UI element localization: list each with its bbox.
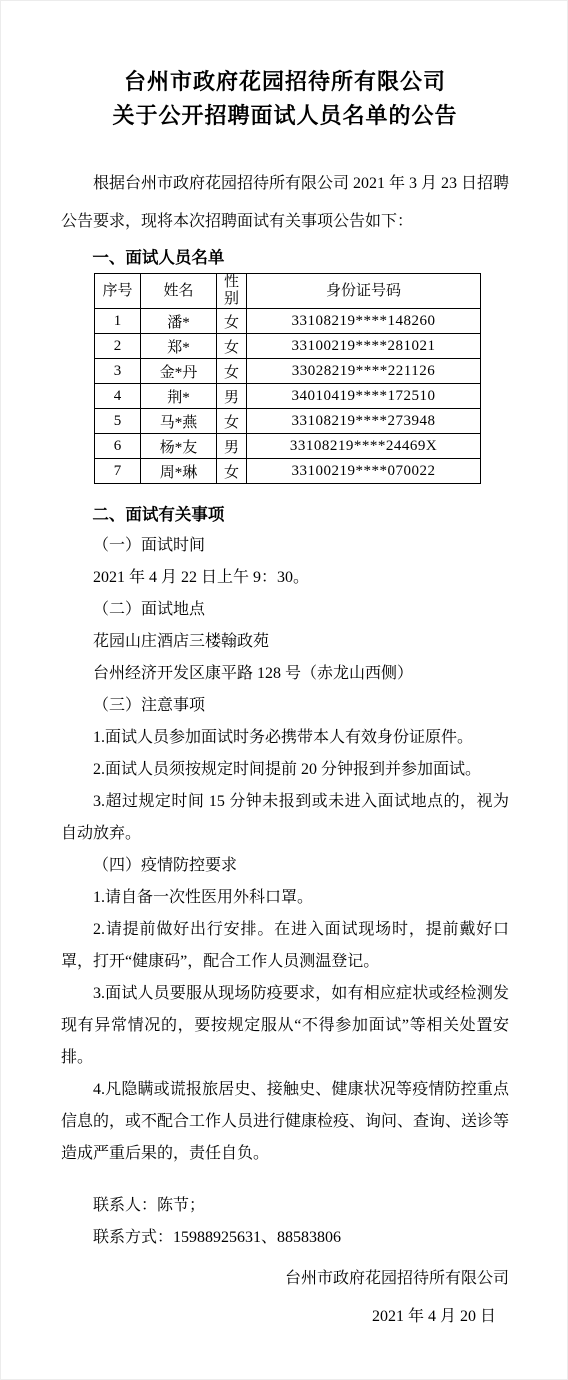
signature-company: 台州市政府花园招待所有限公司	[61, 1260, 509, 1298]
table-row: 4 荆* 男 34010419****172510	[95, 384, 481, 409]
cell-name: 荆*	[141, 384, 217, 409]
cell-index: 2	[95, 334, 141, 359]
section1-heading: 一、面试人员名单	[61, 243, 509, 273]
cell-gender: 女	[217, 459, 247, 484]
interview-time-value: 2021 年 4 月 22 日上午 9：30。	[61, 562, 509, 594]
note-item-3: 3.超过规定时间 15 分钟未报到或未进入面试地点的，视为自动放弃。	[61, 786, 509, 850]
cell-id-number: 33108219****148260	[247, 309, 481, 334]
col-header-gender: 性别	[217, 274, 247, 309]
cell-name: 郑*	[141, 334, 217, 359]
cell-gender: 男	[217, 434, 247, 459]
note-item-2: 2.面试人员须按规定时间提前 20 分钟报到并参加面试。	[61, 754, 509, 786]
signature-block: 台州市政府花园招待所有限公司 2021 年 4 月 20 日	[61, 1260, 509, 1336]
section2-heading: 二、面试有关事项	[61, 500, 509, 530]
cell-id-number: 34010419****172510	[247, 384, 481, 409]
cell-index: 4	[95, 384, 141, 409]
cell-index: 6	[95, 434, 141, 459]
contact-phone: 联系方式：15988925631、88583806	[61, 1222, 509, 1254]
table-row: 3 金*丹 女 33028219****221126	[95, 359, 481, 384]
signature-date: 2021 年 4 月 20 日	[61, 1298, 496, 1336]
cell-gender: 女	[217, 309, 247, 334]
subheading-epidemic-prevention: （四）疫情防控要求	[61, 850, 509, 882]
cell-gender: 女	[217, 359, 247, 384]
cell-id-number: 33100219****281021	[247, 334, 481, 359]
subheading-interview-location: （二）面试地点	[61, 594, 509, 626]
table-row: 5 马*燕 女 33108219****273948	[95, 409, 481, 434]
announcement-document: 台州市政府花园招待所有限公司 关于公开招聘面试人员名单的公告 根据台州市政府花园…	[0, 0, 568, 1380]
cell-gender: 女	[217, 334, 247, 359]
table-row: 7 周*琳 女 33100219****070022	[95, 459, 481, 484]
subheading-notes: （三）注意事项	[61, 690, 509, 722]
table-row: 2 郑* 女 33100219****281021	[95, 334, 481, 359]
epidemic-item-4: 4.凡隐瞒或谎报旅居史、接触史、健康状况等疫情防控重点信息的，或不配合工作人员进…	[61, 1074, 509, 1170]
cell-index: 3	[95, 359, 141, 384]
note-item-1: 1.面试人员参加面试时务必携带本人有效身份证原件。	[61, 722, 509, 754]
cell-index: 7	[95, 459, 141, 484]
cell-id-number: 33108219****24469X	[247, 434, 481, 459]
col-header-id-number: 身份证号码	[247, 274, 481, 309]
interview-location-venue: 花园山庄酒店三楼翰政苑	[61, 626, 509, 658]
cell-index: 1	[95, 309, 141, 334]
cell-name: 金*丹	[141, 359, 217, 384]
table-row: 6 杨*友 男 33108219****24469X	[95, 434, 481, 459]
col-header-name: 姓名	[141, 274, 217, 309]
col-header-index: 序号	[95, 274, 141, 309]
cell-id-number: 33108219****273948	[247, 409, 481, 434]
interview-candidates-table: 序号 姓名 性别 身份证号码 1 潘* 女 33108219****148260…	[94, 273, 481, 484]
cell-index: 5	[95, 409, 141, 434]
epidemic-item-1: 1.请自备一次性医用外科口罩。	[61, 882, 509, 914]
epidemic-item-3: 3.面试人员要服从现场防疫要求，如有相应症状或经检测发现有异常情况的，要按规定服…	[61, 978, 509, 1074]
cell-name: 潘*	[141, 309, 217, 334]
document-title-line2: 关于公开招聘面试人员名单的公告	[61, 99, 509, 133]
cell-name: 周*琳	[141, 459, 217, 484]
epidemic-item-2: 2.请提前做好出行安排。在进入面试现场时，提前戴好口罩，打开“健康码”，配合工作…	[61, 914, 509, 978]
interview-location-address: 台州经济开发区康平路 128 号（赤龙山西侧）	[61, 658, 509, 690]
subheading-interview-time: （一）面试时间	[61, 530, 509, 562]
cell-gender: 女	[217, 409, 247, 434]
cell-id-number: 33028219****221126	[247, 359, 481, 384]
contact-person: 联系人：陈节；	[61, 1190, 509, 1222]
document-title-line1: 台州市政府花园招待所有限公司	[61, 65, 509, 99]
table-header-row: 序号 姓名 性别 身份证号码	[95, 274, 481, 309]
intro-paragraph: 根据台州市政府花园招待所有限公司 2021 年 3 月 23 日招聘公告要求，现…	[61, 165, 509, 241]
cell-name: 马*燕	[141, 409, 217, 434]
cell-gender: 男	[217, 384, 247, 409]
contact-block: 联系人：陈节； 联系方式：15988925631、88583806	[61, 1190, 509, 1254]
cell-id-number: 33100219****070022	[247, 459, 481, 484]
cell-name: 杨*友	[141, 434, 217, 459]
table-row: 1 潘* 女 33108219****148260	[95, 309, 481, 334]
